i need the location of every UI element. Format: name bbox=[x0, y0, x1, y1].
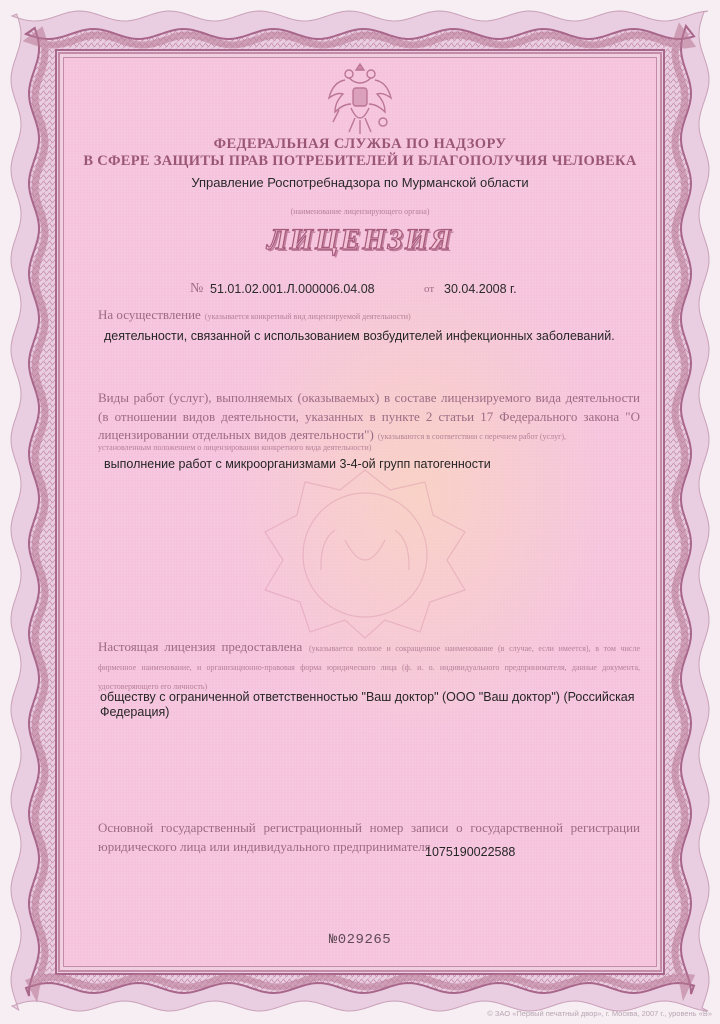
license-date-label: от bbox=[424, 283, 434, 295]
ogrn-value: 1075190022588 bbox=[425, 845, 515, 859]
licensing-authority: Управление Роспотребнадзора по Мурманско… bbox=[0, 175, 720, 190]
license-date: 30.04.2008 г. bbox=[444, 282, 517, 296]
agency-header-line-1: ФЕДЕРАЛЬНАЯ СЛУЖБА ПО НАДЗОРУ bbox=[0, 136, 720, 153]
printer-imprint: © ЗАО «Первый печатный двор», г. Москва,… bbox=[487, 1009, 712, 1018]
ogrn-label: Основной государственный регистрационный… bbox=[98, 818, 640, 856]
watermark-seal-icon bbox=[225, 460, 505, 640]
license-document: ФЕДЕРАЛЬНАЯ СЛУЖБА ПО НАДЗОРУ В СФЕРЕ ЗА… bbox=[0, 0, 720, 1024]
activity-hint: (указывается конкретный вид лицензируемо… bbox=[205, 312, 411, 321]
activity-label-block: На осуществление (указывается конкретный… bbox=[98, 306, 411, 324]
license-number-label: № bbox=[190, 281, 203, 297]
works-hint: (указываются в соответствии с перечнем р… bbox=[378, 432, 566, 441]
activity-label: На осуществление bbox=[98, 307, 201, 322]
licensing-authority-hint: (наименование лицензирующего органа) bbox=[0, 207, 720, 216]
double-headed-eagle-icon bbox=[325, 58, 395, 140]
activity-value: деятельности, связанной с использованием… bbox=[104, 329, 615, 343]
document-title: ЛИЦЕНЗИЯ bbox=[0, 223, 720, 257]
licensee-label: Настоящая лицензия предоставлена bbox=[98, 639, 302, 654]
works-hint-continued: установленным положением о лицензировани… bbox=[98, 443, 371, 452]
works-value: выполнение работ с микроорганизмами 3-4-… bbox=[104, 457, 491, 471]
agency-header-line-2: В СФЕРЕ ЗАЩИТЫ ПРАВ ПОТРЕБИТЕЛЕЙ И БЛАГО… bbox=[0, 153, 720, 170]
license-number: 51.01.02.001.Л.000006.04.08 bbox=[210, 282, 375, 296]
licensee-label-block: Настоящая лицензия предоставлена (указыв… bbox=[98, 638, 640, 695]
form-serial-number: №029265 bbox=[0, 932, 720, 948]
licensee-value: обществу с ограниченной ответственностью… bbox=[100, 690, 640, 720]
works-label-block: Виды работ (услуг), выполняемых (оказыва… bbox=[98, 389, 640, 447]
